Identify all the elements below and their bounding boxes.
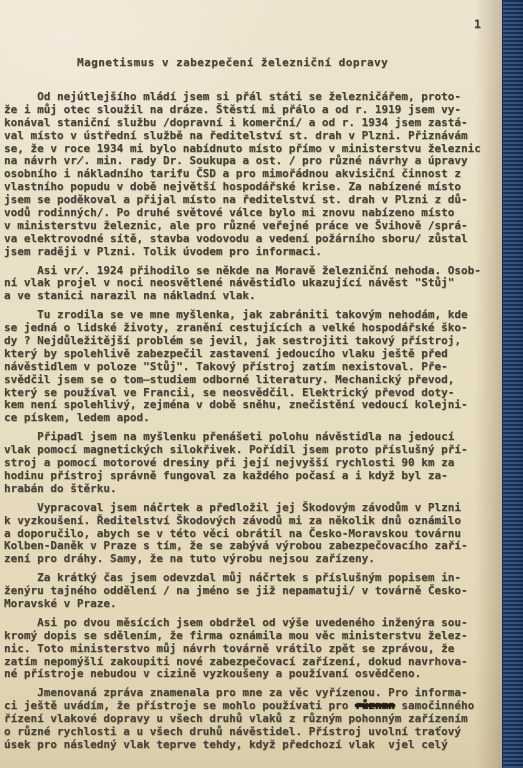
text-line: návěstidlem v poloze "Stůj". Takový přís… [4, 361, 520, 374]
text-segment: samočinného [395, 699, 474, 712]
text-line: Od nejútlejšího mládí jsem si přál státi… [4, 91, 520, 104]
text-line: né přístroje nebudou v cizině vyzkoušeny… [4, 668, 520, 681]
text-line: kromý dopis se sdělením, že firma oznámi… [4, 630, 520, 643]
paragraph: Připadl jsem na myšlenku přenášeti poloh… [4, 431, 520, 495]
text-line: nic. Toto ministerstvo můj návrh továrně… [4, 643, 520, 656]
document-body: Od nejútlejšího mládí jsem si přál státi… [4, 91, 520, 758]
text-line: konával staniční službu /dopravní i kome… [4, 117, 520, 130]
text-segment: ci ještě uvádím, že přístroje se mohlo p… [4, 699, 355, 712]
text-line: že i můj otec sloužil na dráze. Štěstí m… [4, 104, 520, 117]
text-line: jsem raději v Plzni. Tolik úvodem pro in… [4, 246, 520, 259]
text-line: k vyzkoušení. Ředitelství Škodových závo… [4, 515, 520, 528]
text-line: a ve stanici narazil na nákladní vlak. [4, 290, 520, 303]
text-line: val místo v ústřední službě na ředitelst… [4, 130, 520, 143]
scanned-document-page: 1 Magnetismus v zabezpečení železniční d… [0, 0, 523, 768]
text-line: Asi po dvou měsících jsem obdržel od výš… [4, 617, 520, 630]
text-line: vodů rodinných/. Po druhé světové válce … [4, 207, 520, 220]
paragraph: Od nejútlejšího mládí jsem si přál státi… [4, 91, 520, 259]
overstruck-word: různmn [355, 699, 395, 712]
paragraph: Jmenovaná zpráva znamenala pro mne za vě… [4, 687, 520, 751]
text-line: Moravské v Praze. [4, 598, 520, 611]
page-edge-shadow [475, 0, 503, 768]
text-line: Vypracoval jsem náčrtek a předložil jej … [4, 502, 520, 515]
text-line: hrabán do štěrku. [4, 483, 520, 496]
text-line: který by spolehlivě zabezpečil zastavení… [4, 348, 520, 361]
text-line: zení pro dráhy. Samy, že na tuto výrobu … [4, 553, 520, 566]
text-line: o různé rychlosti a u všech druhů návěst… [4, 726, 520, 739]
paragraph: Asi vr̸. 1924 přihodilo se někde na Mora… [4, 265, 520, 304]
text-line: dy ? Nejdůležitější problém se jevil, ja… [4, 335, 520, 348]
paragraph: Asi po dvou měsících jsem obdržel od výš… [4, 617, 520, 681]
text-line: svědčil jsem se o tom̶studiem odborné li… [4, 374, 520, 387]
text-line: v ministerstvu železnic, ale pro různé v… [4, 220, 520, 233]
text-line: úsek pro následný vlak teprve tehdy, kdy… [4, 739, 520, 752]
paragraph: Tu zrodila se ve mne myšlenka, jak zabrá… [4, 309, 520, 425]
paragraph: Za krátký čas jsem odevzdal můj náčrtek … [4, 572, 520, 611]
text-line: va elektrovodné sítě, stavba vodovodu a … [4, 233, 520, 246]
paragraph: Vypracoval jsem náčrtek a předložil jej … [4, 502, 520, 566]
text-line: ce pískem, ledem apod. [4, 412, 520, 425]
text-line: hodinu přístroj správně fungoval za každ… [4, 470, 520, 483]
document-title: Magnetismus v zabezpečení železniční dop… [77, 56, 388, 69]
text-line: stroj a pomocí motorové dresiny při její… [4, 457, 520, 470]
book-binding [502, 0, 523, 768]
